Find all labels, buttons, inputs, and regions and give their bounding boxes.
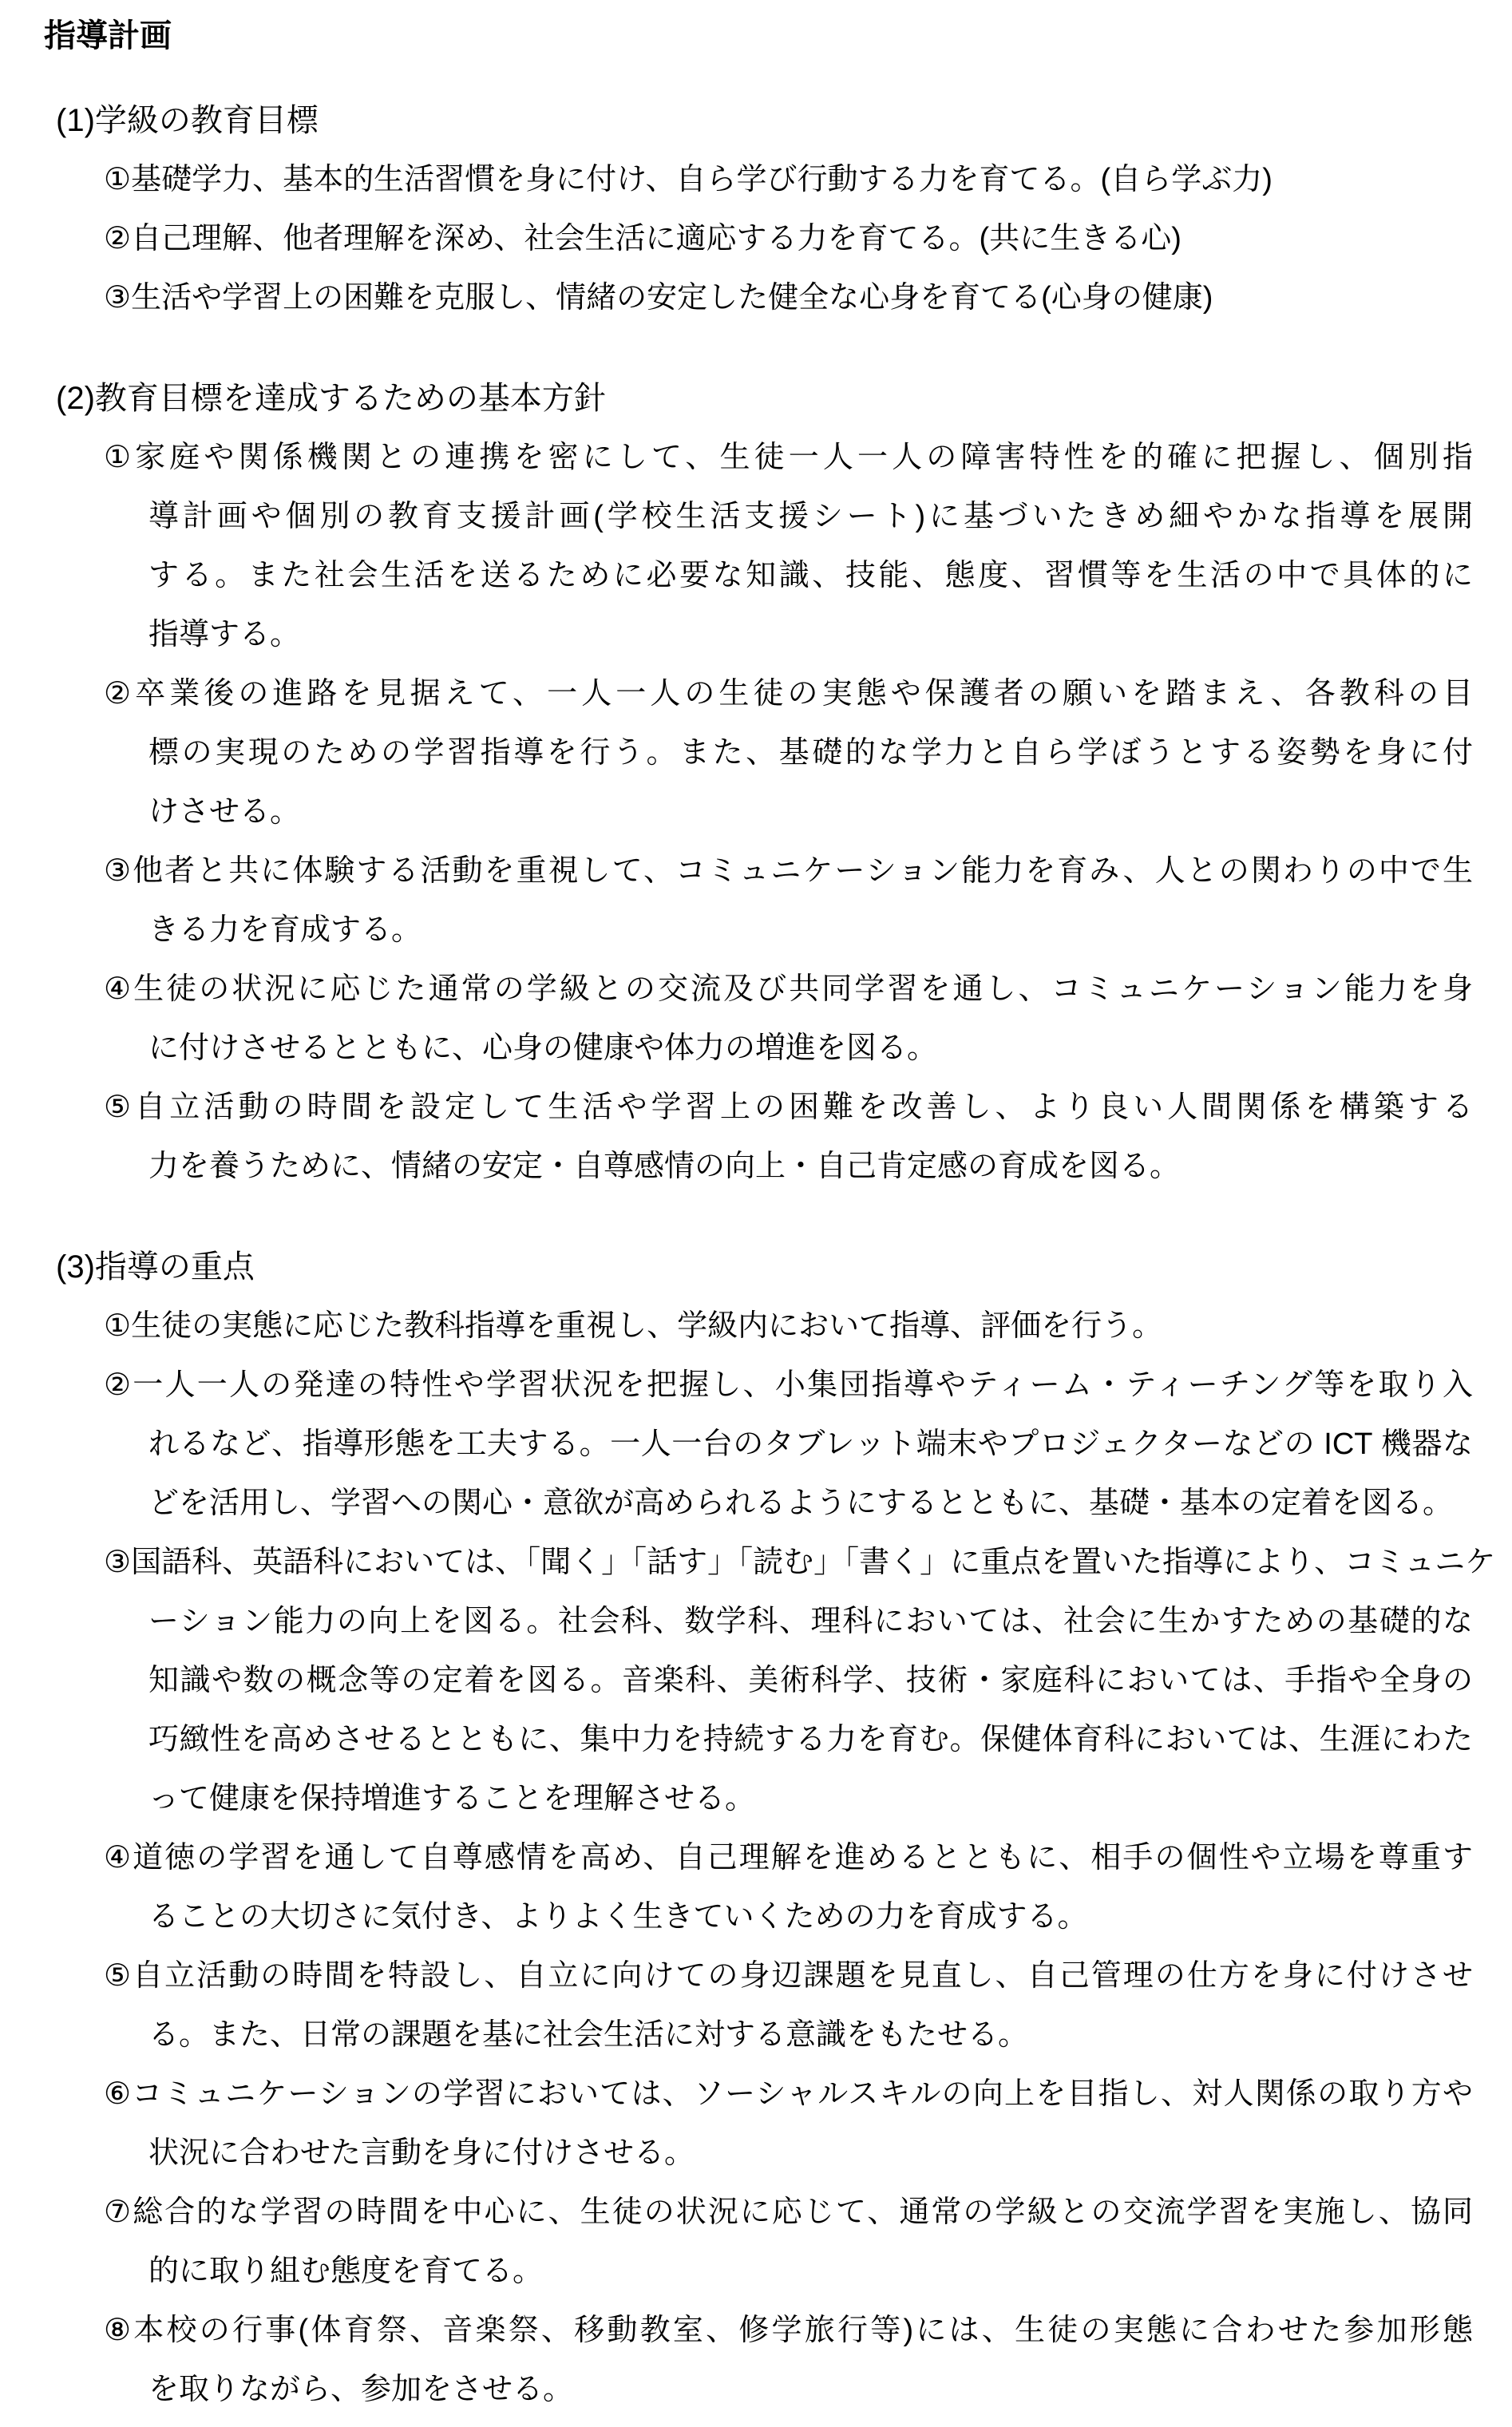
item-line-start: ②自己理解、他者理解を深め、社会生活に適応する力を育てる。(共に生きる心) (104, 209, 1473, 268)
item-line-start: ⑥コミュニケーションの学習においては、ソーシャルスキルの向上を目指し、対人関係の… (104, 2065, 1473, 2124)
item-line-continued: 力を養うために、情緒の安定・自尊感情の向上・自己肯定感の育成を図る。 (148, 1137, 1473, 1196)
document-body: (1)学級の教育目標①基礎学力、基本的生活習慣を身に付け、自ら学び行動する力を育… (0, 91, 1512, 2419)
document-title: 指導計画 (44, 6, 1512, 65)
item-line-continued: きる力を育成する。 (148, 901, 1473, 960)
item-line-start: ⑦総合的な学習の時間を中心に、生徒の状況に応じて、通常の学級との交流学習を実施し… (104, 2183, 1473, 2242)
section-heading: (1)学級の教育目標 (56, 91, 1512, 150)
item-line-continued: 知識や数の概念等の定着を図る。音楽科、美術科学、技術・家庭科においては、手指や全… (148, 1651, 1473, 1710)
item-line-start: ④道徳の学習を通して自尊感情を高め、自己理解を進めるとともに、相手の個性や立場を… (104, 1828, 1473, 1887)
item-line-start: ⑤自立活動の時間を設定して生活や学習上の困難を改善し、より良い人間関係を構築する (104, 1078, 1473, 1137)
item-line-continued: って健康を保持増進することを理解させる。 (148, 1769, 1473, 1828)
item-line-continued: を取りながら、参加をさせる。 (148, 2360, 1473, 2419)
item-line-start: ②一人一人の発達の特性や学習状況を把握し、小集団指導やティーム・ティーチング等を… (104, 1356, 1473, 1415)
item-line-continued: 巧緻性を高めさせるとともに、集中力を持続する力を育む。保健体育科においては、生涯… (148, 1710, 1473, 1769)
item-line-continued: 指導する。 (148, 605, 1473, 664)
item-line-start: ③生活や学習上の困難を克服し、情緒の安定した健全な心身を育てる(心身の健康) (104, 268, 1473, 327)
item-line-continued: 標の実現のための学習指導を行う。また、基礎的な学力と自ら学ぼうとする姿勢を身に付 (148, 723, 1473, 782)
item-line-continued: る。また、日常の課題を基に社会生活に対する意識をもたせる。 (148, 2005, 1473, 2065)
item-line-continued: どを活用し、学習への関心・意欲が高められるようにするとともに、基礎・基本の定着を… (148, 1474, 1473, 1533)
section-heading: (3)指導の重点 (56, 1237, 1512, 1297)
item-line-start: ①生徒の実態に応じた教科指導を重視し、学級内において指導、評価を行う。 (104, 1297, 1473, 1356)
item-line-start: ④生徒の状況に応じた通常の学級との交流及び共同学習を通し、コミュニケーション能力… (104, 960, 1473, 1019)
item-line-continued: けさせる。 (148, 782, 1473, 841)
item-line-start: ③他者と共に体験する活動を重視して、コミュニケーション能力を育み、人との関わりの… (104, 841, 1473, 901)
item-line-continued: に付けさせるとともに、心身の健康や体力の増進を図る。 (148, 1019, 1473, 1078)
item-line-continued: 状況に合わせた言動を身に付けさせる。 (148, 2124, 1473, 2183)
item-line-continued: ーション能力の向上を図る。社会科、数学科、理科においては、社会に生かすための基礎… (148, 1592, 1473, 1651)
item-line-start: ②卒業後の進路を見据えて、一人一人の生徒の実態や保護者の願いを踏まえ、各教科の目 (104, 664, 1473, 723)
item-line-continued: する。また社会生活を送るために必要な知識、技能、態度、習慣等を生活の中で具体的に (148, 546, 1473, 605)
item-line-start: ⑧本校の行事(体育祭、音楽祭、移動教室、修学旅行等)には、生徒の実態に合わせた参… (104, 2301, 1473, 2360)
item-line-continued: 的に取り組む態度を育てる。 (148, 2242, 1473, 2301)
item-line-start: ①家庭や関係機関との連携を密にして、生徒一人一人の障害特性を的確に把握し、個別指 (104, 428, 1473, 487)
item-line-continued: 導計画や個別の教育支援計画(学校生活支援シート)に基づいたきめ細やかな指導を展開 (148, 487, 1473, 546)
item-line-continued: ることの大切さに気付き、よりよく生きていくための力を育成する。 (148, 1887, 1473, 1946)
document-page: 指導計画 (1)学級の教育目標①基礎学力、基本的生活習慣を身に付け、自ら学び行動… (0, 0, 1512, 2427)
item-line-continued: れるなど、指導形態を工夫する。一人一台のタブレット端末やプロジェクターなどの I… (148, 1415, 1473, 1474)
item-line-start: ⑤自立活動の時間を特設し、自立に向けての身辺課題を見直し、自己管理の仕方を身に付… (104, 1946, 1473, 2005)
section-heading: (2)教育目標を達成するための基本方針 (56, 369, 1512, 428)
item-line-start: ③国語科、英語科においては、「聞く」「話す」「読む」「書く」に重点を置いた指導に… (104, 1533, 1473, 1592)
item-line-start: ①基礎学力、基本的生活習慣を身に付け、自ら学び行動する力を育てる。(自ら学ぶ力) (104, 150, 1473, 209)
